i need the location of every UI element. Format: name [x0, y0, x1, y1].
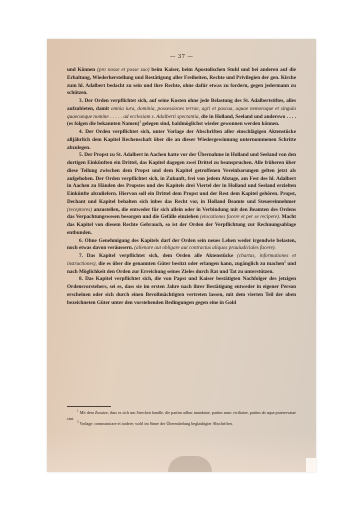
latin-phrase: (alienare aut obligare aut contractus al… [134, 245, 275, 251]
body-text: und Können (pro nosse et posse suo) beim… [67, 67, 296, 307]
text-run: 4. Der Orden verpflichtet sich, unter Vo… [67, 129, 296, 151]
page-clip [306, 458, 316, 472]
scan-background: — 37 — und Können (pro nosse et posse su… [0, 0, 363, 512]
book-page: — 37 — und Können (pro nosse et posse su… [47, 39, 316, 472]
thumb-shadow [168, 456, 212, 472]
text-run: Vorlage: communicare et tradere; wohl im… [79, 421, 233, 426]
text-run: gelegen sind, baldmöglichst wieder gewon… [141, 121, 279, 127]
paragraph-p0: und Können (pro nosse et posse suo) beim… [67, 67, 296, 98]
paragraph-p5: 5. Der Propst zu St. Adalbert in Aachen … [67, 152, 296, 237]
footnote-divider [67, 406, 111, 407]
latin-phrase: (receptores) [67, 207, 92, 213]
latin-phrase: (elocationes facere et per se recipere). [200, 214, 280, 220]
latin-phrase: (pro nosse et posse suo) [97, 67, 149, 73]
text-run: Mit dem Zusatze, dass es sich um Strecke… [67, 410, 296, 421]
text-run: die es über die genannten Güter besitzt … [97, 261, 284, 267]
footnote-fn1: 1 Mit dem Zusatze, dass es sich um Strec… [67, 410, 296, 421]
paragraph-p8: 8. Das Kapitel verpflichtet sich, die vo… [67, 276, 296, 307]
text-run: und Können [67, 67, 97, 73]
footnotes: 1 Mit dem Zusatze, dass es sich um Strec… [67, 410, 296, 427]
page-number: — 37 — [47, 54, 316, 60]
text-run: 8. Das Kapitel verpflichtet sich, die vo… [67, 276, 296, 305]
paragraph-p4: 4. Der Orden verpflichtet sich, unter Vo… [67, 129, 296, 152]
paragraph-p6: 6. Ohne Genehmigung des Kapitels darf de… [67, 238, 296, 254]
paragraph-p3: 3. Der Orden verpflichtet sich, auf sein… [67, 98, 296, 129]
text-run: 5. Der Propst zu St. Adalbert in Aachen … [67, 152, 296, 205]
text-run: 7. Das Kapitel verpflichtet sich, dem Or… [79, 253, 237, 259]
footnote-fn2: 2 Vorlage: communicare et tradere; wohl … [67, 421, 296, 427]
paragraph-p7: 7. Das Kapitel verpflichtet sich, dem Or… [67, 253, 296, 276]
